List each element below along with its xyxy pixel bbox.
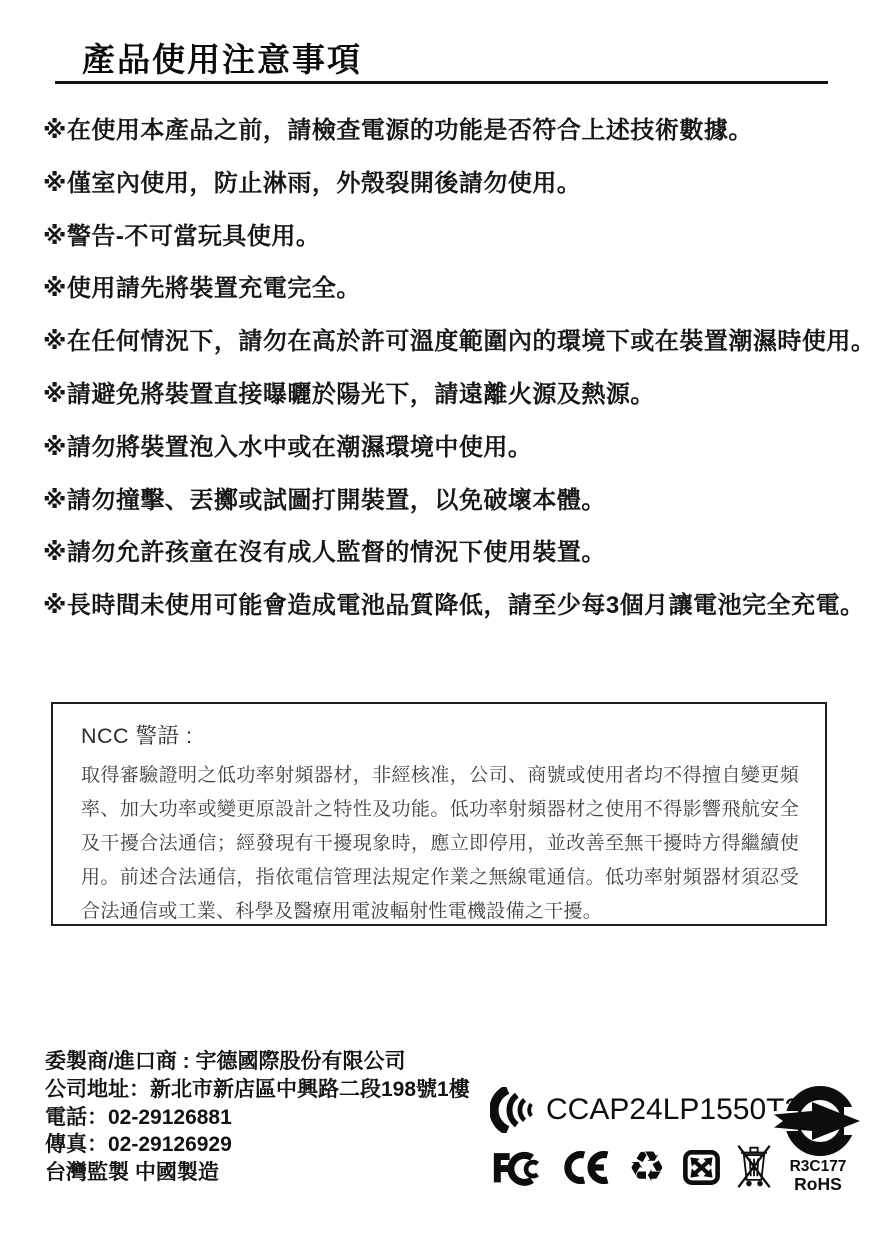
phone-line: 電話：02-29126881 xyxy=(45,1104,475,1132)
address-line: 公司地址：新北市新店區中興路二段198號1樓 xyxy=(45,1076,475,1104)
ncc-warning-heading: NCC 警語 : xyxy=(81,719,799,750)
battery-recycle-icon xyxy=(683,1150,720,1185)
ncc-warning-body: 取得審驗證明之低功率射頻器材，非經核准，公司、商號或使用者均不得擅自變更頻率、加… xyxy=(81,759,799,929)
notice-item: ※僅室內使用，防止淋雨，外殼裂開後請勿使用。 xyxy=(43,169,868,222)
fcc-icon xyxy=(492,1148,544,1186)
title-underline xyxy=(55,81,828,84)
notice-item: ※使用請先將裝置充電完全。 xyxy=(43,274,868,327)
ncc-id-label: CCAP24LP1550T3 xyxy=(546,1093,801,1127)
rohs-label: RoHS xyxy=(770,1175,866,1193)
recycle-icon: ♻ xyxy=(628,1146,666,1188)
ncc-warning-box: NCC 警語 : 取得審驗證明之低功率射頻器材，非經核准，公司、商號或使用者均不… xyxy=(51,702,827,926)
company-info: 委製商/進口商 : 宇德國際股份有限公司 公司地址：新北市新店區中興路二段198… xyxy=(45,1048,475,1187)
notice-item: ※請勿允許孩童在沒有成人監督的情況下使用裝置。 xyxy=(43,538,868,591)
notice-item: ※請勿將裝置泡入水中或在潮濕環境中使用。 xyxy=(43,433,868,486)
notice-item: ※在使用本產品之前，請檢查電源的功能是否符合上述技術數據。 xyxy=(43,116,868,169)
bsmi-certification-block: R3C177 RoHS xyxy=(770,1084,866,1193)
notice-item: ※在任何情況下，請勿在高於許可溫度範圍內的環境下或在裝置潮濕時使用。 xyxy=(43,327,868,380)
notice-item: ※請勿撞擊、丟擲或試圖打開裝置，以免破壞本體。 xyxy=(43,486,868,539)
manufacturer-line: 委製商/進口商 : 宇德國際股份有限公司 xyxy=(45,1048,475,1076)
notice-list: ※在使用本產品之前，請檢查電源的功能是否符合上述技術數據。 ※僅室內使用，防止淋… xyxy=(43,116,868,644)
ncc-certification-row: CCAP24LP1550T3 xyxy=(490,1088,801,1132)
page-title: 產品使用注意事項 xyxy=(82,34,362,81)
fax-line: 傳真：02-29126929 xyxy=(45,1131,475,1159)
bsmi-id-label: R3C177 xyxy=(770,1159,866,1175)
ce-icon xyxy=(561,1151,611,1184)
compliance-icon-row: ♻ xyxy=(492,1144,782,1190)
origin-line: 台灣監製 中國製造 xyxy=(45,1159,475,1187)
bsmi-icon xyxy=(770,1084,866,1158)
ncc-wave-icon xyxy=(490,1087,542,1133)
notice-item: ※警告-不可當玩具使用。 xyxy=(43,222,868,275)
notice-item: ※長時間未使用可能會造成電池品質降低，請至少每3個月讓電池完全充電。 xyxy=(43,591,868,644)
notice-item: ※請避免將裝置直接曝曬於陽光下，請遠離火源及熱源。 xyxy=(43,380,868,433)
weee-bin-icon xyxy=(737,1144,771,1190)
